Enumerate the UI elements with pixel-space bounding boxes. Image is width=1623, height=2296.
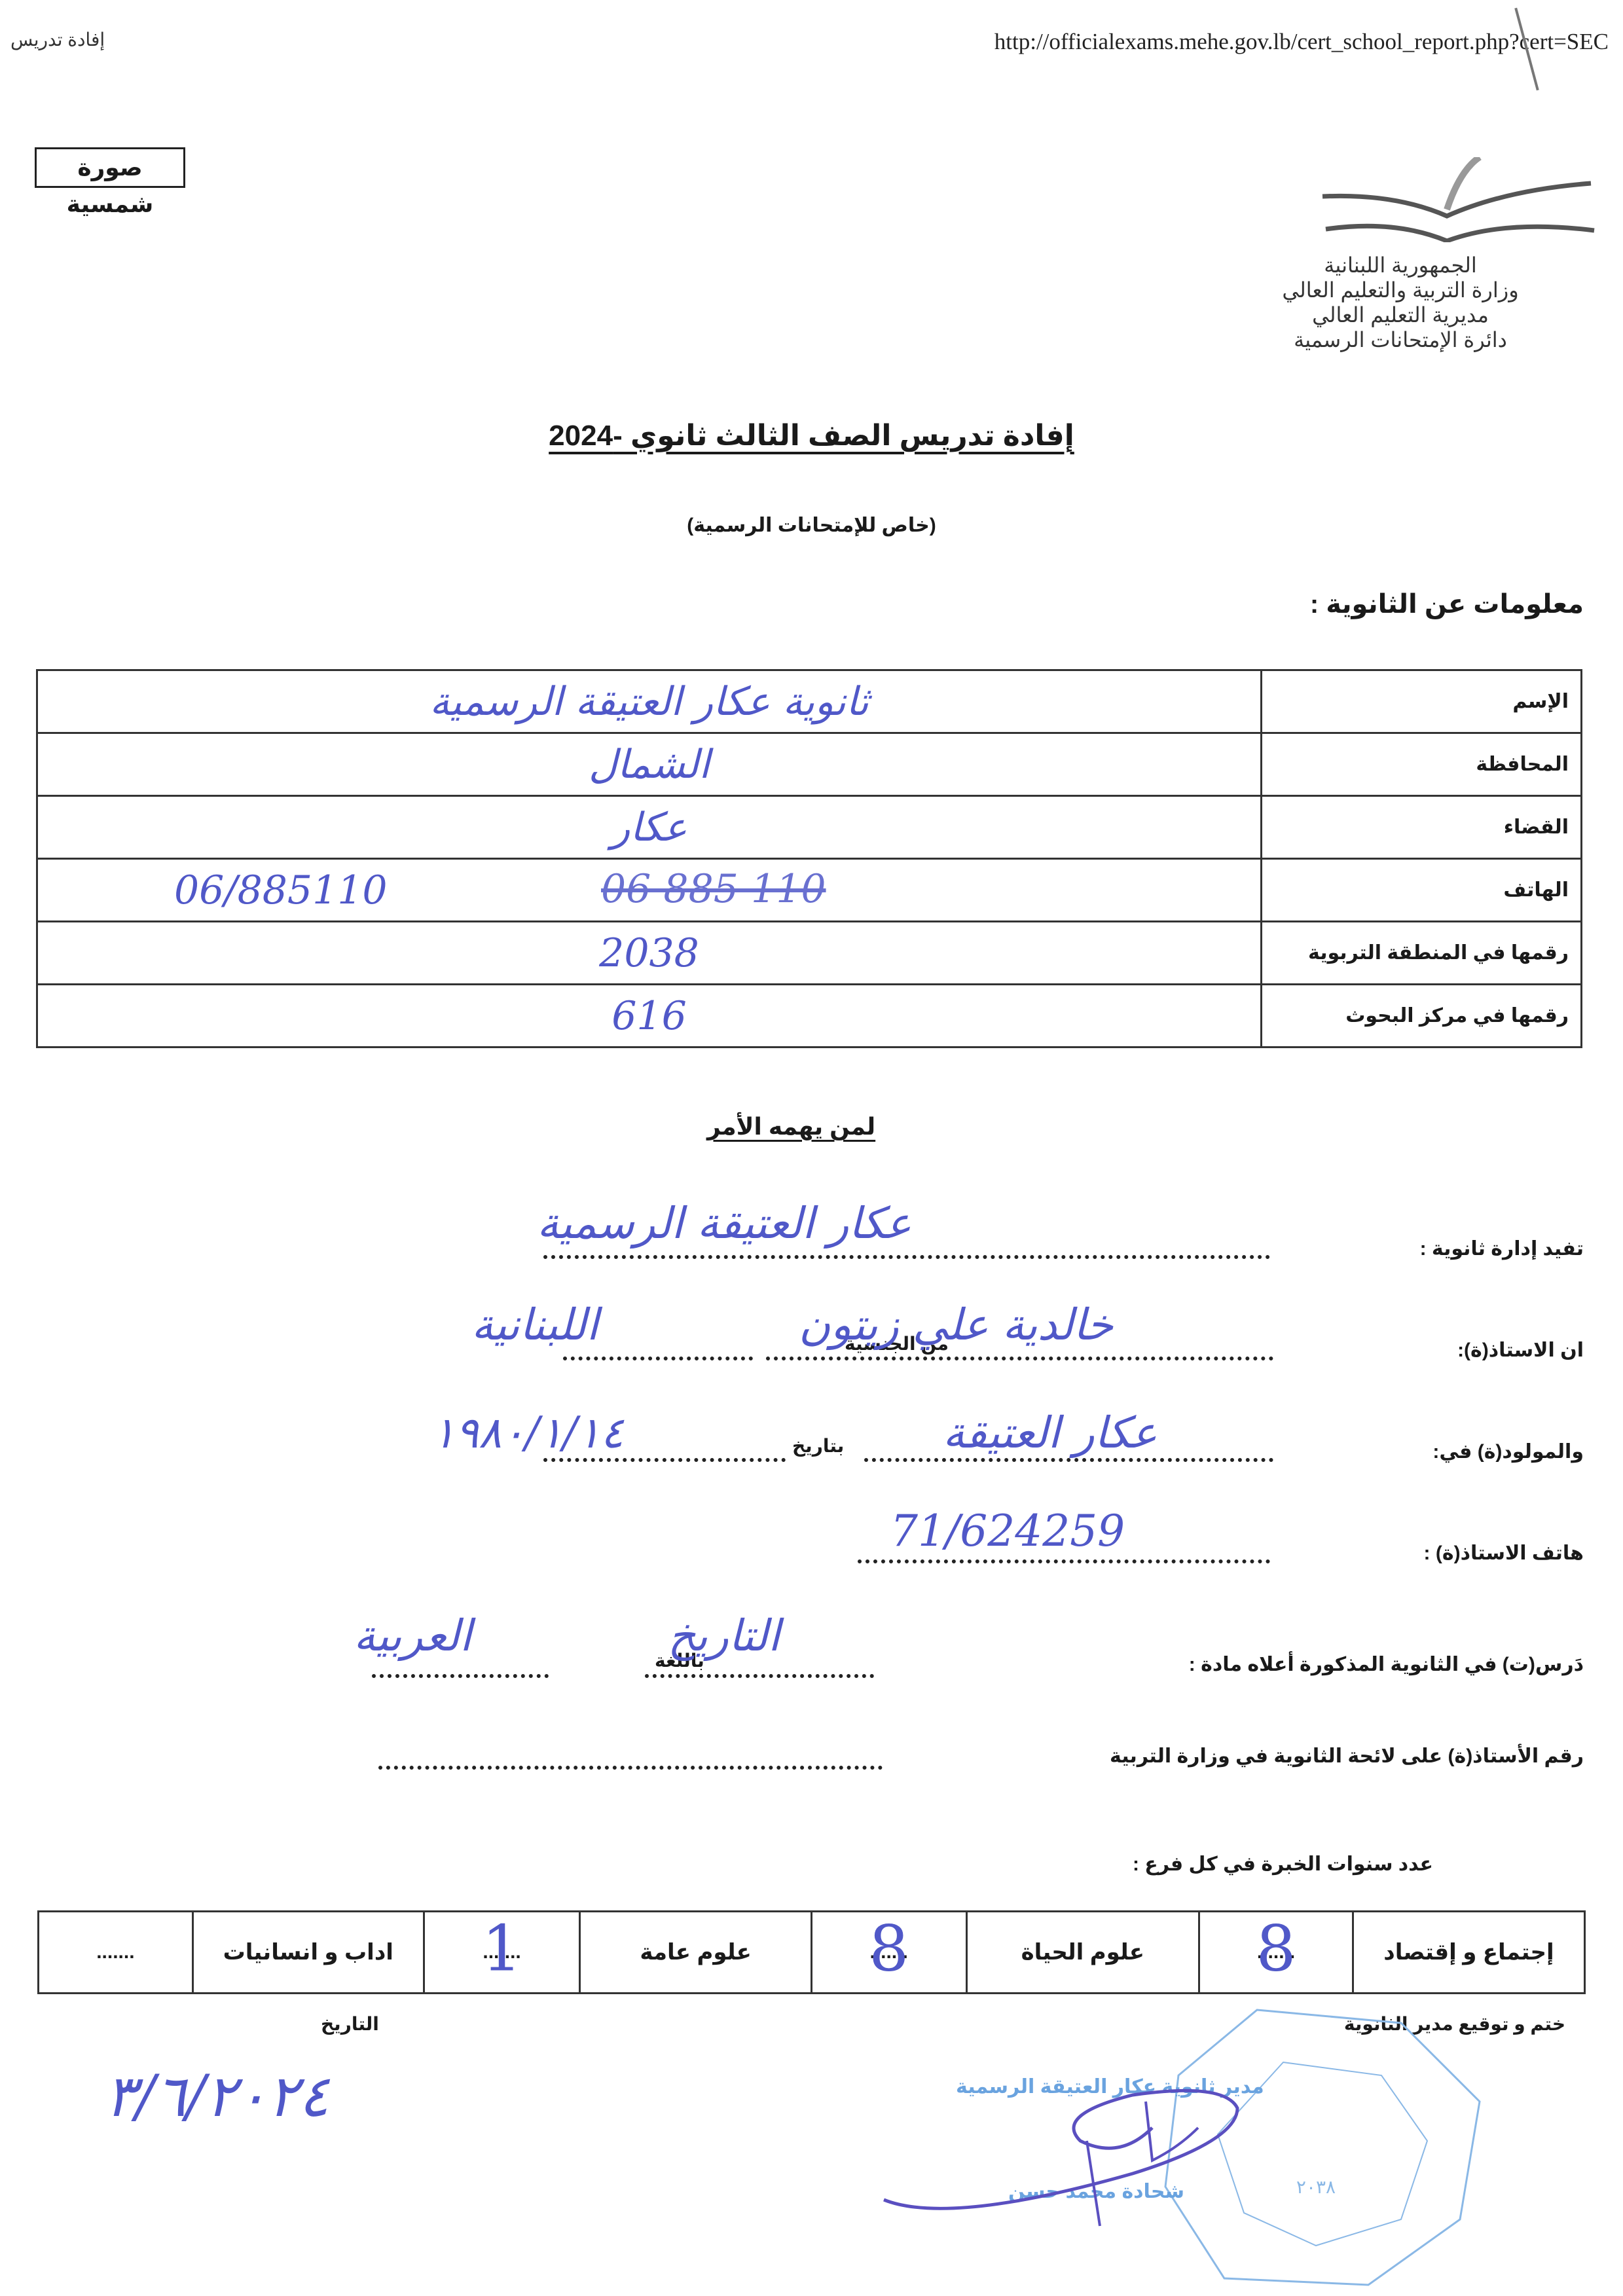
research-center-number-value[interactable]: 616: [37, 985, 1262, 1048]
row-label: القضاء: [1262, 796, 1582, 859]
photo-box: صورة شمسية: [35, 147, 185, 188]
table-row: الإسم ثانوية عكار العتيقة الرسمية: [37, 670, 1582, 733]
birthplace-label: والمولود(ة) في:: [1432, 1440, 1584, 1463]
row-label: رقمها في المنطقة التربوية: [1262, 922, 1582, 985]
registry-number-label: رقم الأستاذ(ة) على لائحة الثانوية في وزا…: [1110, 1745, 1584, 1768]
row-label: رقمها في مركز البحوث: [1262, 985, 1582, 1048]
school-admin-value[interactable]: عكار العتيقة الرسمية: [537, 1198, 911, 1248]
table-row: رقمها في مركز البحوث 616: [37, 985, 1582, 1048]
branch-years-cell[interactable]: .......: [39, 1912, 193, 1994]
language-dotted-line: [372, 1673, 549, 1678]
teacher-dotted-line: [766, 1355, 1273, 1360]
principal-signature-icon: [871, 2069, 1329, 2239]
nationality-dotted-line: [563, 1355, 753, 1360]
ministry-line: مديرية التعليم العالي: [1263, 302, 1538, 327]
ministry-line: وزارة التربية والتعليم العالي: [1263, 278, 1538, 302]
birthplace-value[interactable]: عكار العتيقة: [943, 1408, 1158, 1458]
school-admin-label: تفيد إدارة ثانوية :: [1420, 1237, 1584, 1260]
teacher-phone-value[interactable]: 71/624259: [890, 1506, 1125, 1556]
school-info-table: الإسم ثانوية عكار العتيقة الرسمية المحاف…: [36, 669, 1582, 1048]
subject-value[interactable]: التاريخ: [668, 1611, 780, 1661]
struck-phone-number: 06 885 110: [601, 866, 826, 912]
birthdate-value[interactable]: ١٩٨٠/١/١٤: [432, 1408, 624, 1458]
nationality-value[interactable]: اللبنانية: [471, 1300, 598, 1350]
branch-years-value: 8: [1256, 1912, 1296, 1985]
teacher-phone-label: هاتف الاستاذ(ة) :: [1424, 1542, 1584, 1565]
date-label: التاريخ: [321, 2013, 379, 2035]
branch-label: إجتماع و إقتصاد: [1353, 1912, 1584, 1994]
table-row: المحافظة الشمال: [37, 733, 1582, 796]
teacher-label: ان الاستاذ(ة):: [1457, 1339, 1584, 1362]
table-row: الهاتف 06/885110 06 885 110: [37, 859, 1582, 922]
branch-years-value: 1: [482, 1912, 522, 1985]
source-url: http://officialexams.mehe.gov.lb/cert_sc…: [994, 29, 1609, 55]
branch-label: اداب و انسانيات: [192, 1912, 424, 1994]
branch-label: علوم عامة: [580, 1912, 811, 1994]
corner-title: إفادة تدريس: [10, 29, 105, 50]
school-info-heading: معلومات عن الثانوية :: [1310, 589, 1584, 619]
teacher-phone-dotted-line: [858, 1558, 1270, 1563]
education-zone-number-value[interactable]: 2038: [37, 922, 1262, 985]
school-name-value[interactable]: ثانوية عكار العتيقة الرسمية: [37, 670, 1262, 733]
teacher-name-value[interactable]: خالدية علي زيتون: [799, 1300, 1113, 1350]
subject-dotted-line: [645, 1673, 874, 1678]
experience-heading: عدد سنوات الخبرة في كل فرع :: [1133, 1853, 1433, 1876]
school-phone-number: 06/885110: [174, 867, 388, 913]
branch-years-cell[interactable]: .......8: [811, 1912, 966, 1994]
registry-number-dotted-line: [378, 1764, 883, 1770]
birthdate-label: بتاريخ: [792, 1435, 844, 1457]
branch-years-cell[interactable]: .......8: [1199, 1912, 1353, 1994]
ministry-book-logo-icon: [1309, 157, 1597, 242]
page-subtitle: (خاص للإمتحانات الرسمية): [0, 514, 1623, 537]
row-label: الإسم: [1262, 670, 1582, 733]
date-value[interactable]: ٣/٦/٢٠٢٤: [105, 2062, 329, 2130]
branch-years-cell[interactable]: .......1: [424, 1912, 580, 1994]
branch-label: علوم الحياة: [966, 1912, 1199, 1994]
branch-years-value: 8: [869, 1912, 909, 1985]
ministry-header: الجمهورية اللبنانية وزارة التربية والتعل…: [1263, 253, 1538, 352]
governorate-value[interactable]: الشمال: [37, 733, 1262, 796]
ministry-line: دائرة الإمتحانات الرسمية: [1263, 327, 1538, 352]
school-admin-dotted-line: [543, 1254, 1270, 1259]
row-label: المحافظة: [1262, 733, 1582, 796]
experience-table: إجتماع و إقتصاد .......8 علوم الحياة ...…: [37, 1910, 1586, 1994]
to-whom-it-may-concern-heading: لمن يهمه الأمر: [707, 1113, 875, 1140]
table-row: رقمها في المنطقة التربوية 2038: [37, 922, 1582, 985]
page-title: إفادة تدريس الصف الثالث ثانوي -2024: [0, 419, 1623, 452]
school-phone-value[interactable]: 06/885110 06 885 110: [37, 859, 1262, 922]
ministry-line: الجمهورية اللبنانية: [1263, 253, 1538, 278]
table-row: القضاء عكار: [37, 796, 1582, 859]
row-label: الهاتف: [1262, 859, 1582, 922]
district-value[interactable]: عكار: [37, 796, 1262, 859]
table-row: إجتماع و إقتصاد .......8 علوم الحياة ...…: [39, 1912, 1585, 1994]
language-value[interactable]: العربية: [354, 1611, 471, 1661]
subject-label: دَرس(ت) في الثانوية المذكورة أعلاه مادة …: [1189, 1653, 1584, 1676]
